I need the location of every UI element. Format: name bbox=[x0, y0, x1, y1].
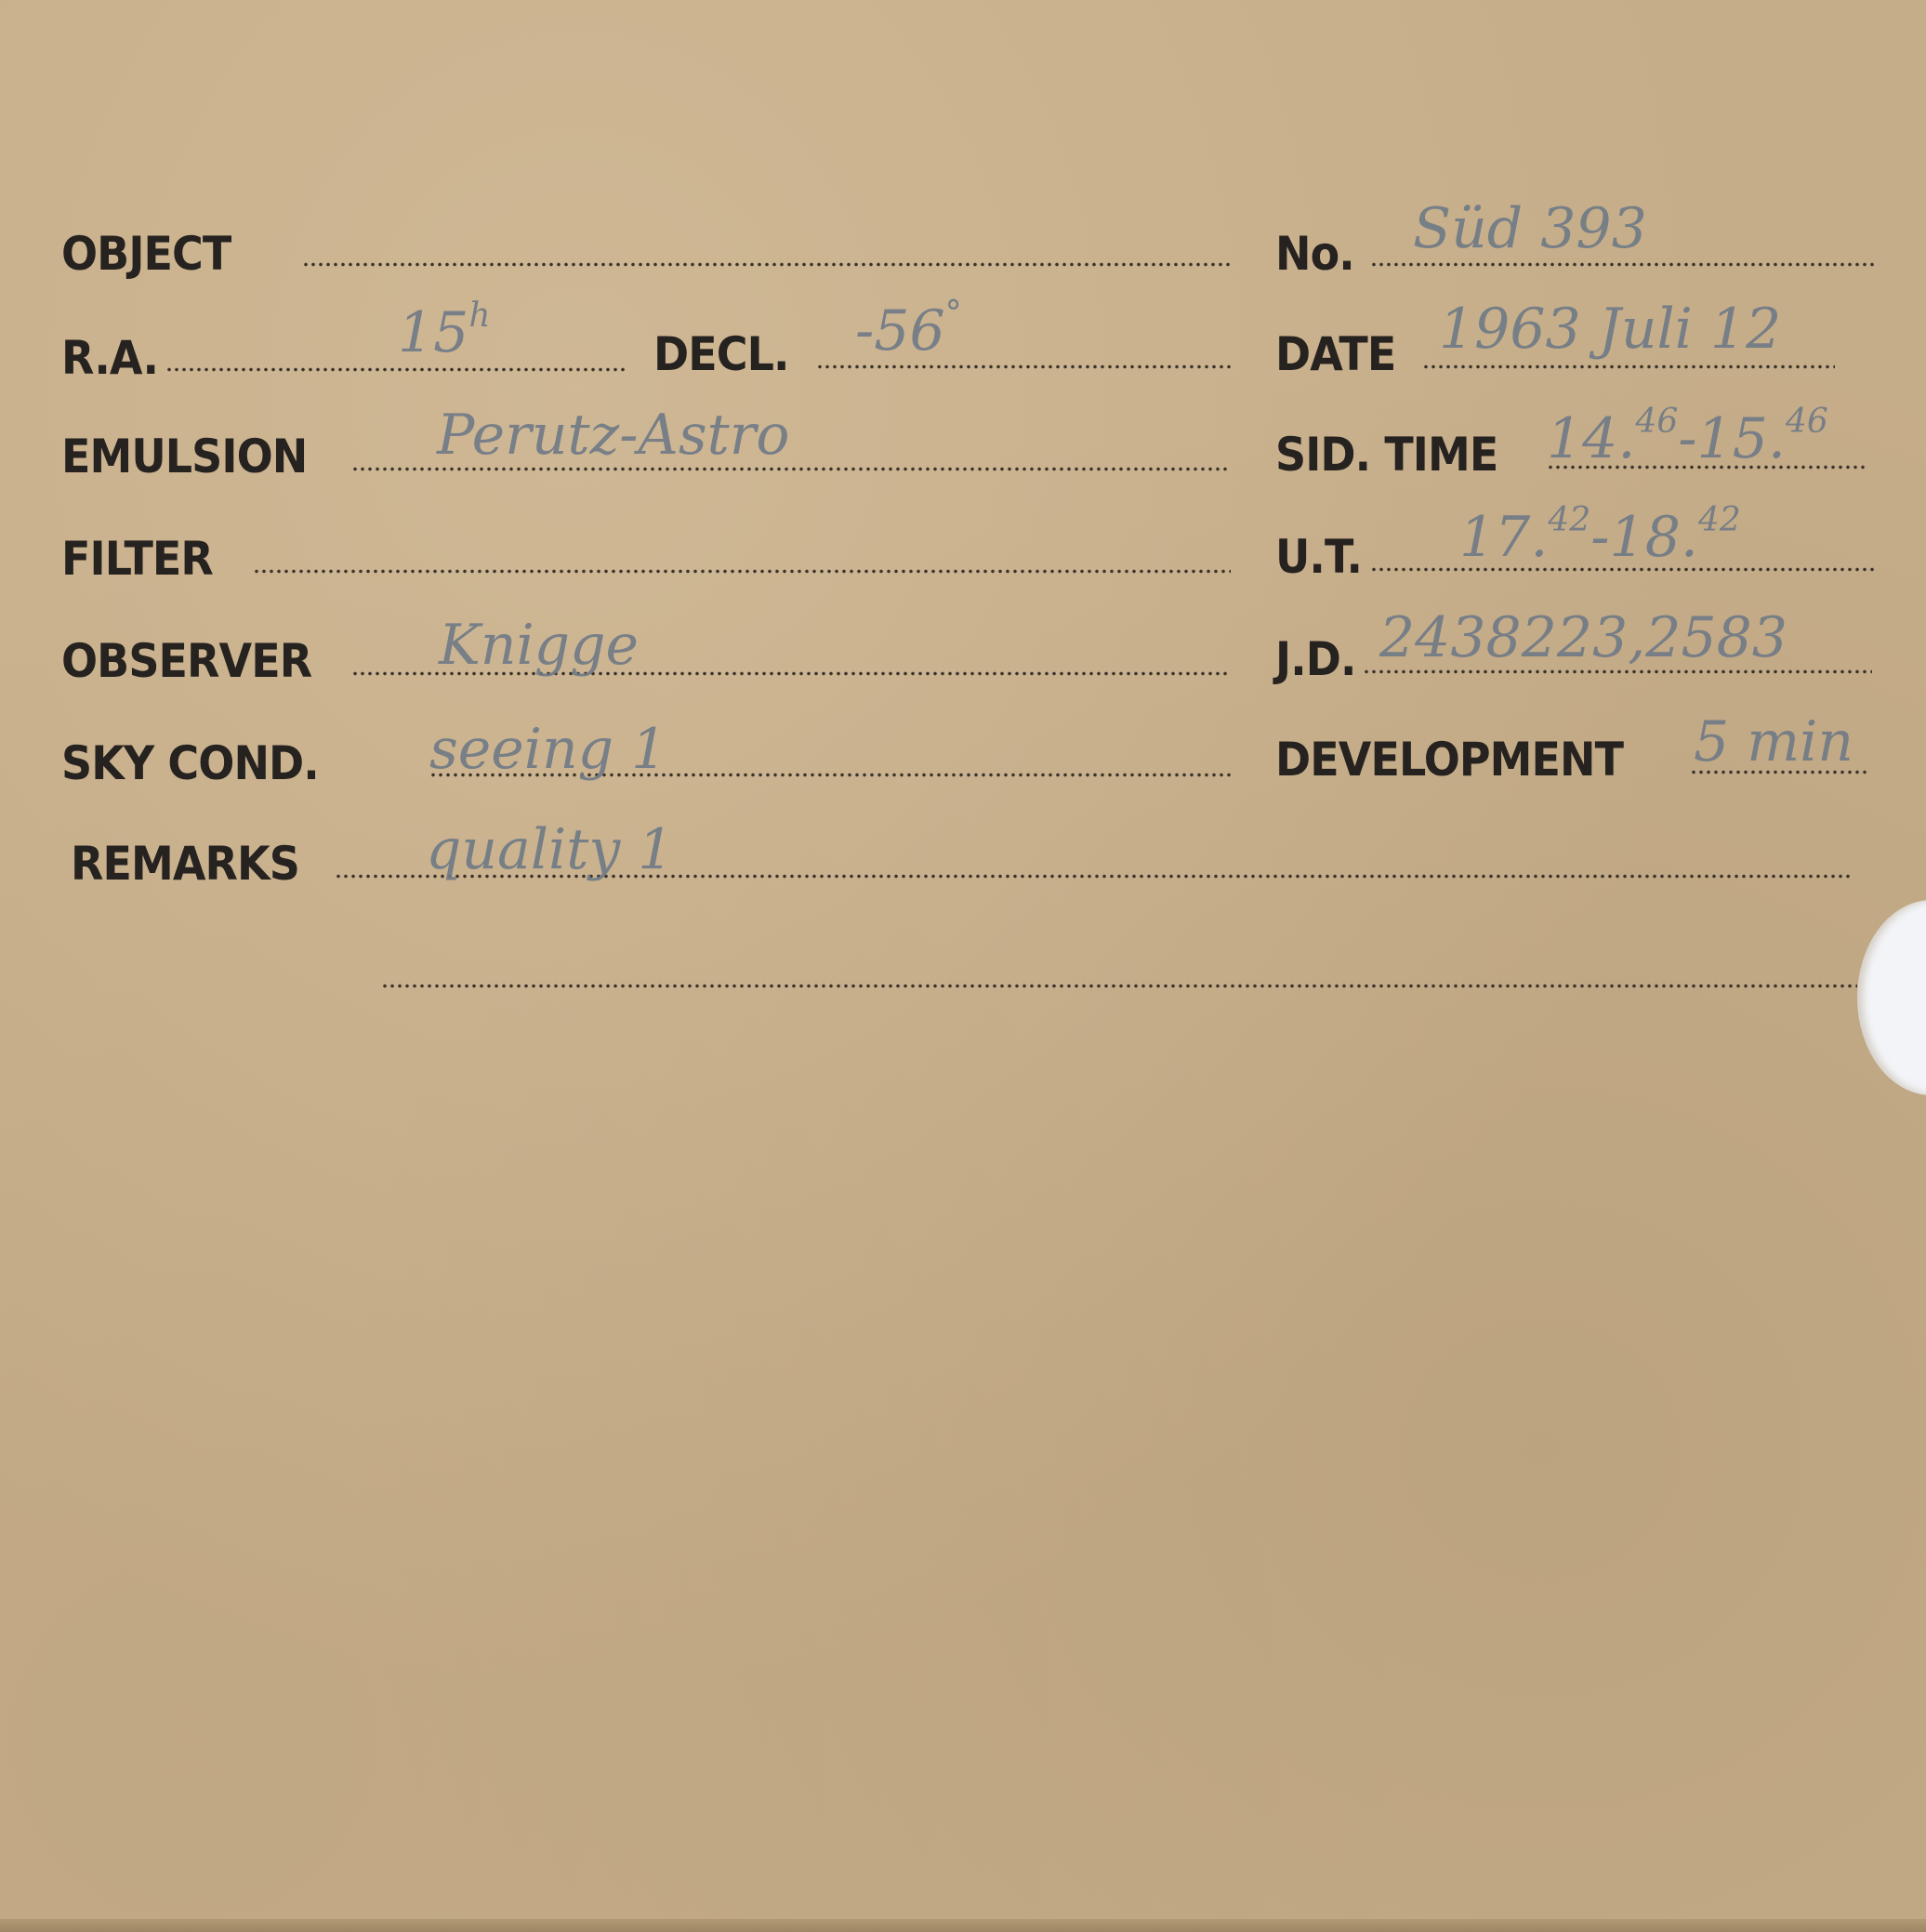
remarks-label: REMARKS bbox=[71, 840, 299, 887]
decl-label: DECL. bbox=[653, 331, 789, 377]
sky-cond-label: SKY COND. bbox=[61, 740, 319, 787]
sid-time-value: 14.46-15.46 bbox=[1547, 411, 1828, 467]
date-field-line bbox=[1422, 364, 1835, 369]
ra-label: R.A. bbox=[61, 335, 158, 381]
development-value: 5 min bbox=[1694, 714, 1853, 770]
emulsion-label: EMULSION bbox=[61, 433, 307, 480]
sid-time-separator: - bbox=[1678, 406, 1696, 471]
plate-envelope: OBJECT R.A. 15h DECL. -56° EMULSION Peru… bbox=[0, 0, 1926, 1932]
ut-label: U.T. bbox=[1275, 534, 1362, 580]
sid-time-start-minutes: 46 bbox=[1635, 403, 1678, 441]
decl-value-degrees: -56 bbox=[855, 298, 945, 364]
decl-unit: ° bbox=[945, 295, 962, 333]
filter-label: FILTER bbox=[61, 536, 213, 582]
filter-field-line bbox=[253, 569, 1231, 574]
emulsion-value: Perutz-Astro bbox=[437, 407, 790, 463]
remarks-value: quality 1 bbox=[426, 822, 673, 878]
observer-label: OBSERVER bbox=[61, 638, 311, 684]
ut-end-minutes: 42 bbox=[1698, 501, 1741, 539]
object-label: OBJECT bbox=[61, 231, 231, 277]
remarks-field-line-2 bbox=[381, 984, 1857, 988]
ra-value: 15h bbox=[398, 305, 491, 361]
date-value: 1963 Juli 12 bbox=[1439, 301, 1781, 357]
ra-unit: h bbox=[468, 297, 490, 335]
development-label: DEVELOPMENT bbox=[1275, 736, 1623, 783]
observer-value: Knigge bbox=[439, 617, 639, 673]
object-field-line bbox=[302, 262, 1232, 267]
sid-time-start: 14. bbox=[1547, 406, 1635, 471]
ut-end: 18. bbox=[1610, 505, 1698, 570]
thumb-notch bbox=[1857, 900, 1926, 1095]
sid-time-end: 15. bbox=[1697, 406, 1786, 471]
ut-start: 17. bbox=[1459, 505, 1548, 570]
number-label: No. bbox=[1275, 231, 1354, 277]
sid-time-label: SID. TIME bbox=[1275, 431, 1497, 478]
date-label: DATE bbox=[1275, 331, 1395, 377]
ra-value-hours: 15 bbox=[398, 300, 468, 365]
ut-start-minutes: 42 bbox=[1548, 501, 1590, 539]
ra-field-line bbox=[165, 367, 627, 372]
envelope-bottom-edge bbox=[0, 1919, 1926, 1932]
jd-label: J.D. bbox=[1275, 636, 1356, 682]
sid-time-end-minutes: 46 bbox=[1786, 403, 1828, 441]
number-field-line bbox=[1370, 262, 1878, 267]
number-value: Süd 393 bbox=[1413, 201, 1647, 257]
decl-value: -56° bbox=[855, 303, 962, 359]
jd-value: 2438223,2583 bbox=[1379, 610, 1787, 666]
ut-separator: - bbox=[1590, 505, 1609, 570]
decl-field-line bbox=[816, 364, 1231, 369]
sky-cond-value: seeing 1 bbox=[429, 721, 666, 777]
ut-value: 17.42-18.42 bbox=[1459, 509, 1741, 565]
